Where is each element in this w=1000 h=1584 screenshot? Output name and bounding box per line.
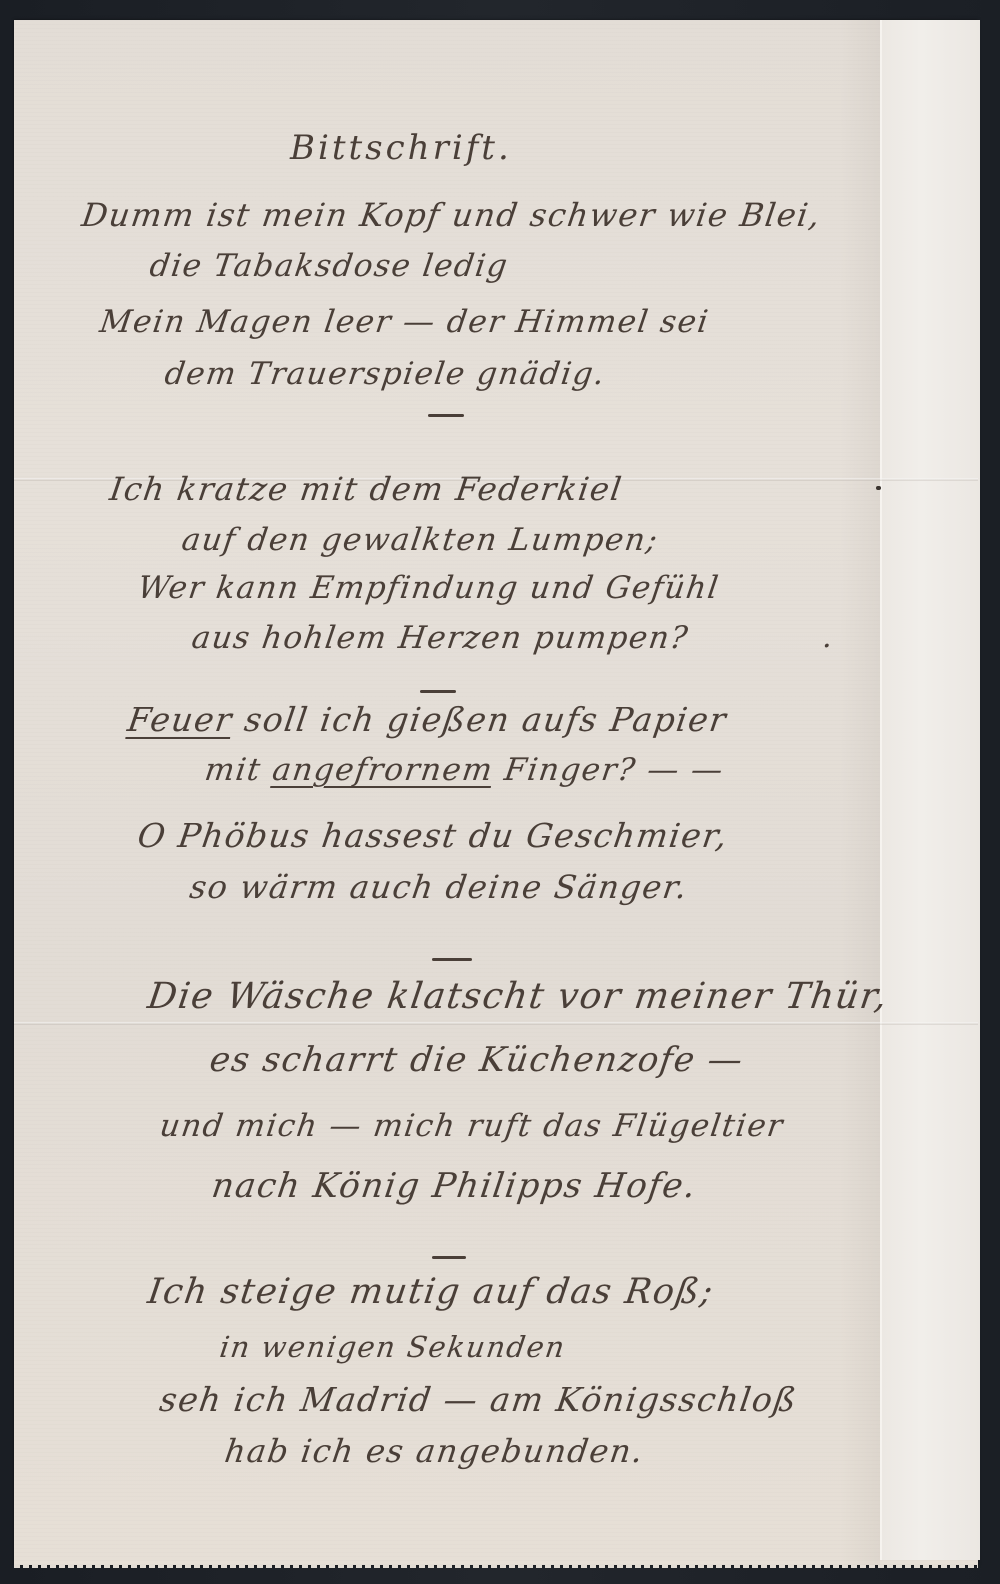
stanza-3-line-4: so wärm auch deine Sänger.	[187, 868, 690, 906]
underlined-word: angefrornem	[270, 752, 496, 788]
stanza-3-line-3: O Phöbus hassest du Geschmier,	[135, 816, 731, 855]
stanza-5-line-4: hab ich es angebunden.	[222, 1432, 646, 1470]
stanza-separator	[428, 414, 464, 417]
stanza-3-line-2-start: mit	[202, 752, 275, 788]
stanza-3-line-2-rest: Finger? — —	[502, 752, 726, 788]
underlined-word: Feuer	[125, 700, 235, 739]
stanza-4-line-2: es scharrt die Küchenzofe —	[207, 1040, 746, 1080]
stanza-4-line-4: nach König Philipps Hofe.	[209, 1166, 699, 1206]
stanza-5-line-1: Ich steige mutig auf das Roß;	[145, 1272, 716, 1312]
stanza-2-line-1: Ich kratze mit dem Federkiel	[107, 470, 625, 508]
stanza-5-line-3: seh ich Madrid — am Königsschloß	[157, 1380, 800, 1419]
stanza-2-line-2: auf den gewalkten Lumpen;	[179, 522, 660, 558]
stanza-2-line-3: Wer kann Empfindung und Gefühl	[135, 570, 721, 606]
stanza-1-line-3: Mein Magen leer — der Himmel sei	[97, 304, 711, 340]
stanza-3-line-1: Feuer soll ich gießen aufs Papier	[125, 700, 729, 739]
stanza-separator	[420, 690, 456, 693]
stanza-1-line-1: Dumm ist mein Kopf und schwer wie Blei,	[79, 196, 823, 234]
stanza-4-line-3: und mich — mich ruft das Flügeltier	[157, 1108, 786, 1144]
stray-mark: .	[822, 620, 832, 655]
stanza-3-line-1-rest: soll ich gießen aufs Papier	[242, 700, 730, 739]
stanza-5-line-2: in wenigen Sekunden	[218, 1330, 568, 1364]
stanza-separator	[432, 958, 472, 961]
stanza-4-line-1: Die Wäsche klatscht vor meiner Thür,	[145, 976, 891, 1017]
stanza-3-line-2: mit angefrornem Finger? — —	[202, 752, 726, 788]
stanza-separator	[432, 1256, 466, 1259]
manuscript-text: Bittschrift. Dumm ist mein Kopf und schw…	[0, 0, 1000, 1584]
poem-title: Bittschrift.	[290, 128, 512, 168]
stanza-2-line-4: aus hohlem Herzen pumpen?	[189, 620, 691, 656]
stanza-1-line-4: dem Trauerspiele gnädig.	[162, 356, 607, 392]
stanza-1-line-2: die Tabaksdose ledig	[147, 248, 510, 284]
